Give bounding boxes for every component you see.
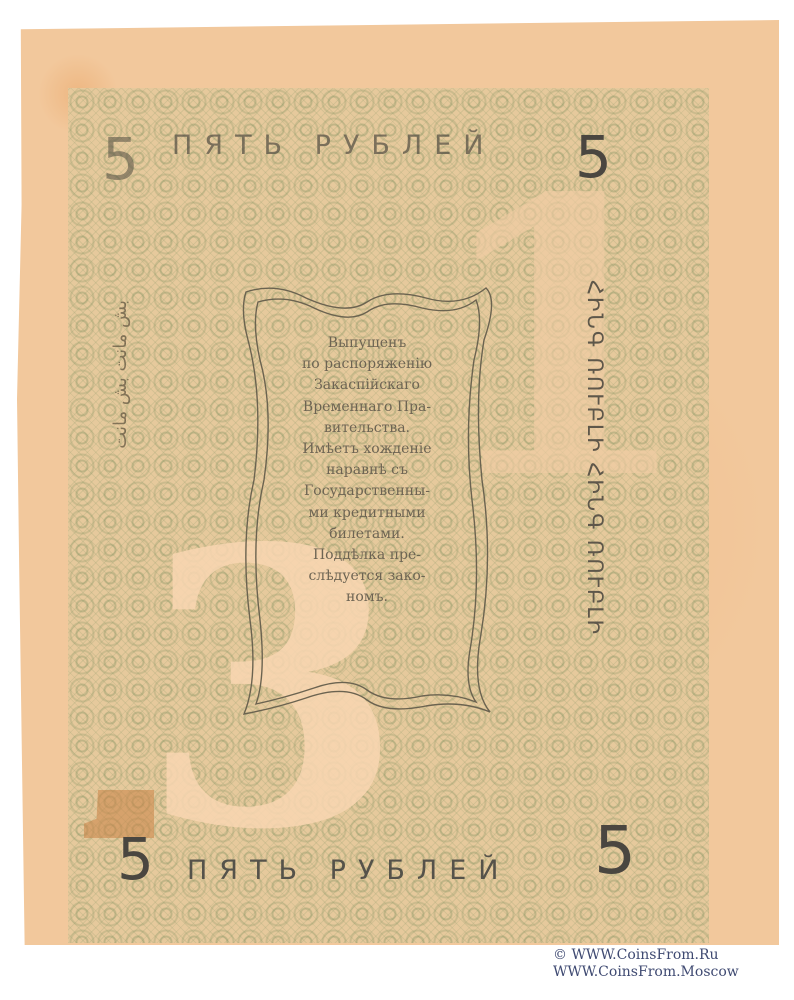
center-text-line: Имѣетъ хожденіе (262, 439, 472, 460)
center-text-line: Выпущенъ (262, 333, 472, 354)
center-text-line: вительства. (262, 418, 472, 439)
center-text-line: Закаспійскаго (262, 375, 472, 396)
center-text-line: Государственны- (262, 481, 472, 502)
bottom-left-numeral: 5 (117, 830, 154, 888)
copyright-line: WWW.CoinsFrom.Moscow (553, 964, 739, 981)
center-text-line: по распоряженію (262, 354, 472, 375)
center-text-line: наравнѣ съ (262, 460, 472, 481)
center-text-line: номъ. (262, 587, 472, 608)
center-text-line: Временнаго Пра- (262, 397, 472, 418)
center-text-line: билетами. (262, 524, 472, 545)
top-denomination-text: ПЯТЬ РУБЛЕЙ (172, 132, 495, 159)
top-right-numeral: 5 (575, 128, 612, 186)
center-text-line: слѣдуется зако- (262, 566, 472, 587)
center-legal-text: Выпущенъ по распоряженію Закаспійскаго В… (262, 333, 472, 609)
vertical-text-right: ՀԻՆԳ ՌՈՒԲԼԻ ՀԻՆԳ ՌՈՒԲԼԻ (583, 280, 607, 636)
center-text-line: Поддѣлка пре- (262, 545, 472, 566)
center-text-line: ми кредитными (262, 503, 472, 524)
top-left-numeral: 5 (102, 130, 139, 188)
bottom-right-numeral: 5 (594, 818, 636, 884)
copyright-watermark: © WWW.CoinsFrom.Ru WWW.CoinsFrom.Moscow (553, 947, 739, 981)
copyright-line: © WWW.CoinsFrom.Ru (553, 947, 739, 964)
bottom-denomination-text: ПЯТЬ РУБЛЕЙ (187, 857, 510, 884)
vertical-text-left: بش مانت بش مانت (110, 300, 131, 449)
